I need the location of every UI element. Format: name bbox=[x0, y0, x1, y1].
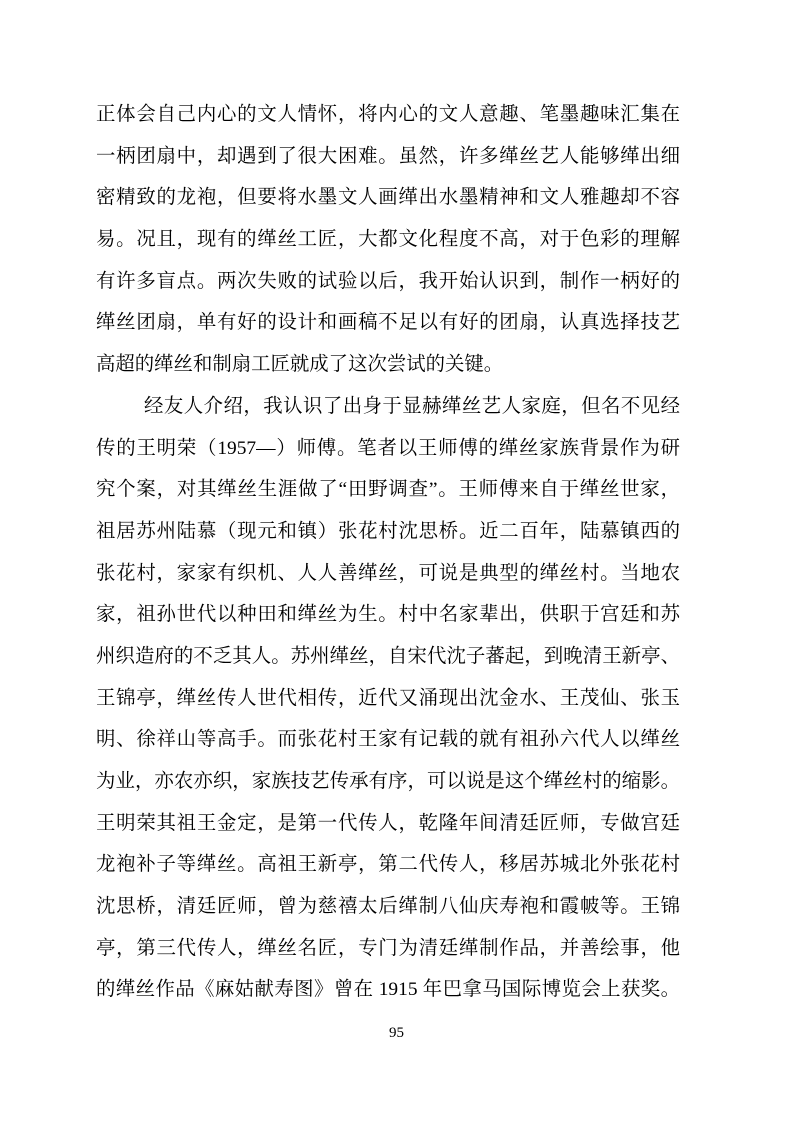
paragraph: 正体会自己内心的文人情怀，将内心的文人意趣、笔墨趣味汇集在一柄团扇中，却遇到了很… bbox=[96, 94, 680, 386]
text-line: 沈思桥，清廷匠师，曾为慈禧太后缂制八仙庆寿袍和霞帔等。王锦 bbox=[96, 886, 680, 928]
text-line: 高超的缂丝和制扇工匠就成了这次尝试的关键。 bbox=[96, 344, 680, 386]
text-line: 王锦亭，缂丝传人世代相传，近代又涌现出沈金水、王茂仙、张玉 bbox=[96, 678, 680, 720]
text-line: 密精致的龙袍，但要将水墨文人画缂出水墨精神和文人雅趣却不容 bbox=[96, 177, 680, 219]
text-line: 的缂丝作品《麻姑献寿图》曾在 1915 年巴拿马国际博览会上获奖。 bbox=[96, 969, 680, 1011]
text-line: 一柄团扇中，却遇到了很大困难。虽然，许多缂丝艺人能够缂出细 bbox=[96, 136, 680, 178]
paragraph: 经友人介绍，我认识了出身于显赫缂丝艺人家庭，但名不见经传的王明荣（1957—）师… bbox=[96, 386, 680, 1011]
text-line: 缂丝团扇，单有好的设计和画稿不足以有好的团扇，认真选择技艺 bbox=[96, 302, 680, 344]
text-line: 正体会自己内心的文人情怀，将内心的文人意趣、笔墨趣味汇集在 bbox=[96, 94, 680, 136]
text-line: 张花村，家家有织机、人人善缂丝，可说是典型的缂丝村。当地农 bbox=[96, 553, 680, 595]
text-line: 经友人介绍，我认识了出身于显赫缂丝艺人家庭，但名不见经 bbox=[96, 386, 680, 428]
document-page: 正体会自己内心的文人情怀，将内心的文人意趣、笔墨趣味汇集在一柄团扇中，却遇到了很… bbox=[0, 0, 793, 1122]
text-block: 正体会自己内心的文人情怀，将内心的文人意趣、笔墨趣味汇集在一柄团扇中，却遇到了很… bbox=[96, 94, 680, 1011]
text-line: 为业，亦农亦织，家族技艺传承有序，可以说是这个缂丝村的缩影。 bbox=[96, 761, 680, 803]
text-line: 州织造府的不乏其人。苏州缂丝，自宋代沈子蕃起，到晚清王新亭、 bbox=[96, 636, 680, 678]
text-line: 王明荣其祖王金定，是第一代传人，乾隆年间清廷匠师，专做宫廷 bbox=[96, 803, 680, 845]
text-line: 明、徐祥山等高手。而张花村王家有记载的就有祖孙六代人以缂丝 bbox=[96, 719, 680, 761]
text-line: 易。况且，现有的缂丝工匠，大都文化程度不高，对于色彩的理解 bbox=[96, 219, 680, 261]
text-line: 家，祖孙世代以种田和缂丝为生。村中名家辈出，供职于宫廷和苏 bbox=[96, 594, 680, 636]
text-line: 究个案，对其缂丝生涯做了“田野调查”。王师傅来自于缂丝世家， bbox=[96, 469, 680, 511]
text-line: 祖居苏州陆慕（现元和镇）张花村沈思桥。近二百年，陆慕镇西的 bbox=[96, 511, 680, 553]
text-line: 有许多盲点。两次失败的试验以后，我开始认识到，制作一柄好的 bbox=[96, 261, 680, 303]
text-line: 亭，第三代传人，缂丝名匠，专门为清廷缂制作品，并善绘事，他 bbox=[96, 928, 680, 970]
text-line: 龙袍补子等缂丝。高祖王新亭，第二代传人，移居苏城北外张花村 bbox=[96, 844, 680, 886]
page-number: 95 bbox=[0, 1024, 793, 1042]
text-line: 传的王明荣（1957—）师傅。笔者以王师傅的缂丝家族背景作为研 bbox=[96, 428, 680, 470]
